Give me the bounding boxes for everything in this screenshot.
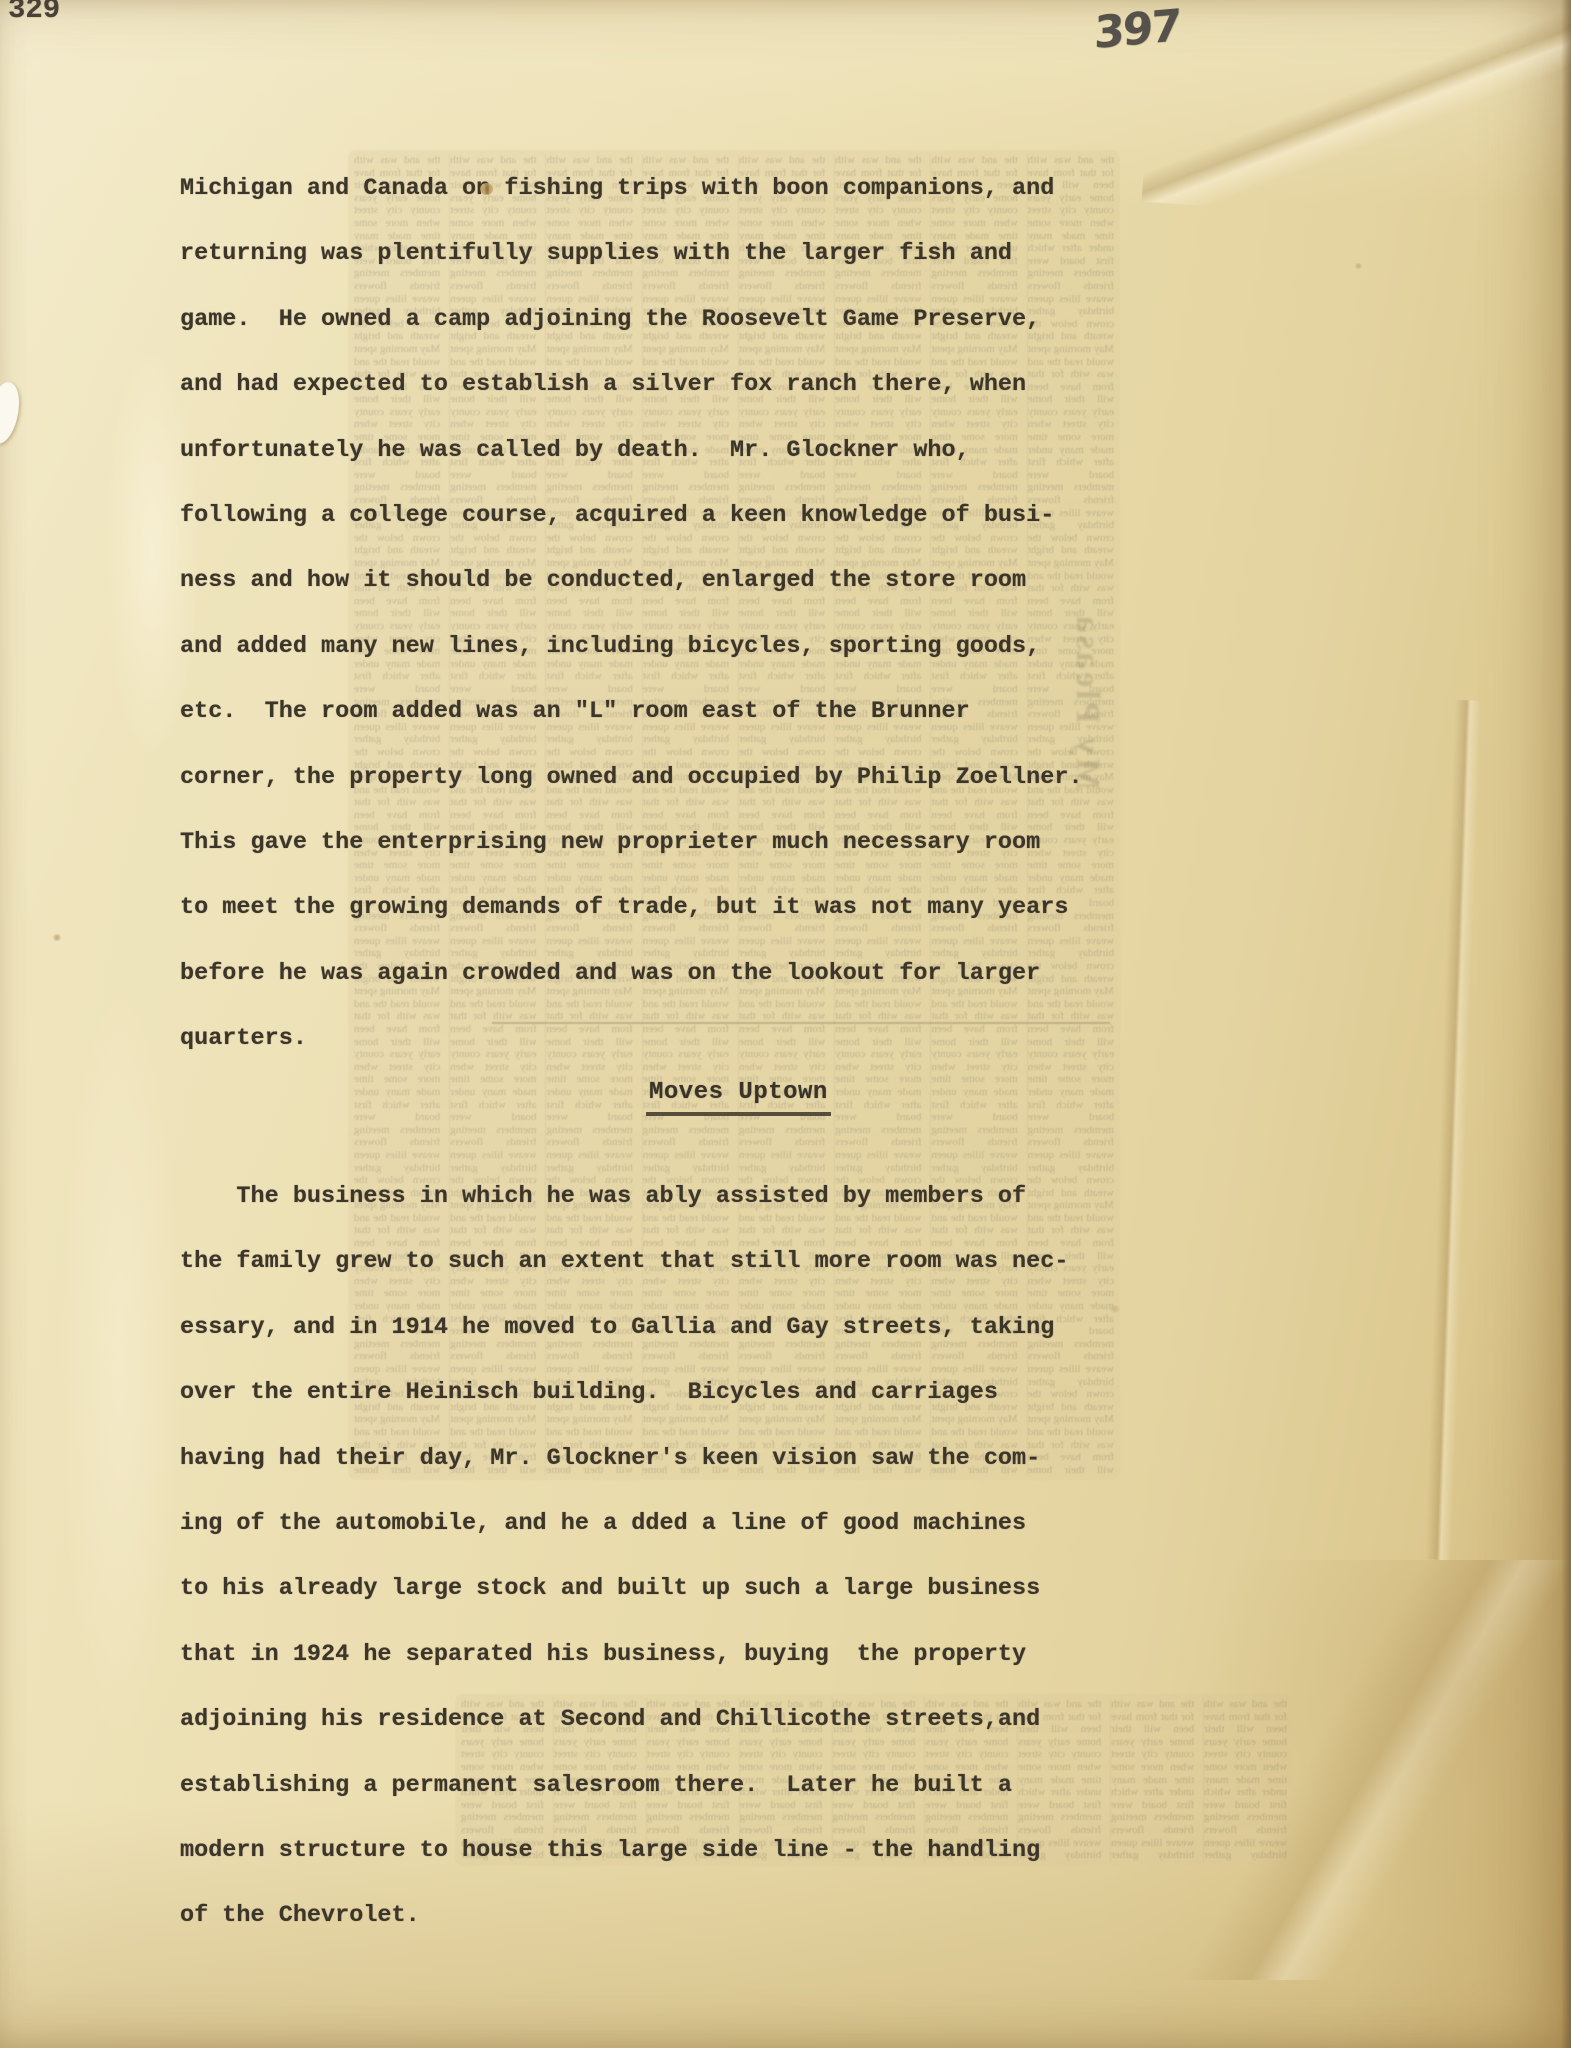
text-line: corner, the property long owned and occu…	[180, 745, 1083, 810]
text-line: having had their day, Mr. Glockner's kee…	[180, 1426, 1068, 1491]
page-number-typed: 329	[8, 0, 60, 26]
crease	[1425, 700, 1481, 1560]
document-page: the and was with for that from have been…	[0, 0, 1571, 2048]
stain-speck	[53, 934, 61, 941]
crease	[1150, 1560, 1571, 1980]
text-line: and added many new lines, including bicy…	[180, 614, 1083, 679]
text-line: over the entire Heinisch building. Bicyc…	[180, 1360, 1068, 1425]
text-line: to meet the growing demands of trade, bu…	[180, 875, 1083, 940]
paragraph-1: Michigan and Canada on fishing trips wit…	[180, 156, 1083, 1071]
text-line: establishing a permanent salesroom there…	[180, 1753, 1068, 1818]
text-line: unfortunately he was called by death. Mr…	[180, 418, 1083, 483]
text-line: before he was again crowded and was on t…	[180, 941, 1083, 1006]
text-line: returning was plentifully supplies with …	[180, 221, 1083, 286]
stain-speck	[1110, 1305, 1120, 1313]
text-line: following a college course, acquired a k…	[180, 483, 1083, 548]
text-line: quarters.	[180, 1006, 1083, 1071]
text-line: game. He owned a camp adjoining the Roos…	[180, 287, 1083, 352]
text-line: of the Chevrolet.	[180, 1883, 1068, 1948]
text-line: Michigan and Canada on fishing trips wit…	[180, 156, 1083, 221]
stain-speck	[1355, 263, 1362, 269]
text-line: ing of the automobile, and he a dded a l…	[180, 1491, 1068, 1556]
text-line: etc. The room added was an "L" room east…	[180, 679, 1083, 744]
text-line: essary, and in 1914 he moved to Gallia a…	[180, 1295, 1068, 1360]
text-line: and had expected to establish a silver f…	[180, 352, 1083, 417]
crease	[1142, 0, 1571, 238]
paper-edge-shadow	[1561, 0, 1571, 2048]
text-line: modern structure to house this large sid…	[180, 1818, 1068, 1883]
text-line: ness and how it should be conducted, enl…	[180, 548, 1083, 613]
text-line: to his already large stock and built up …	[180, 1556, 1068, 1621]
paragraph-2: The business in which he was ably assist…	[180, 1164, 1068, 1949]
section-heading: Moves Uptown	[646, 1078, 831, 1116]
text-line: This gave the enterprising new propriete…	[180, 810, 1083, 875]
text-line: that in 1924 he separated his business, …	[180, 1622, 1068, 1687]
text-line: adjoining his residence at Second and Ch…	[180, 1687, 1068, 1752]
stain-speck	[480, 183, 493, 195]
text-line: The business in which he was ably assist…	[180, 1164, 1068, 1229]
text-line: the family grew to such an extent that s…	[180, 1229, 1068, 1294]
paper-tear	[0, 380, 25, 447]
paper-fold-highlight	[60, 980, 180, 1740]
